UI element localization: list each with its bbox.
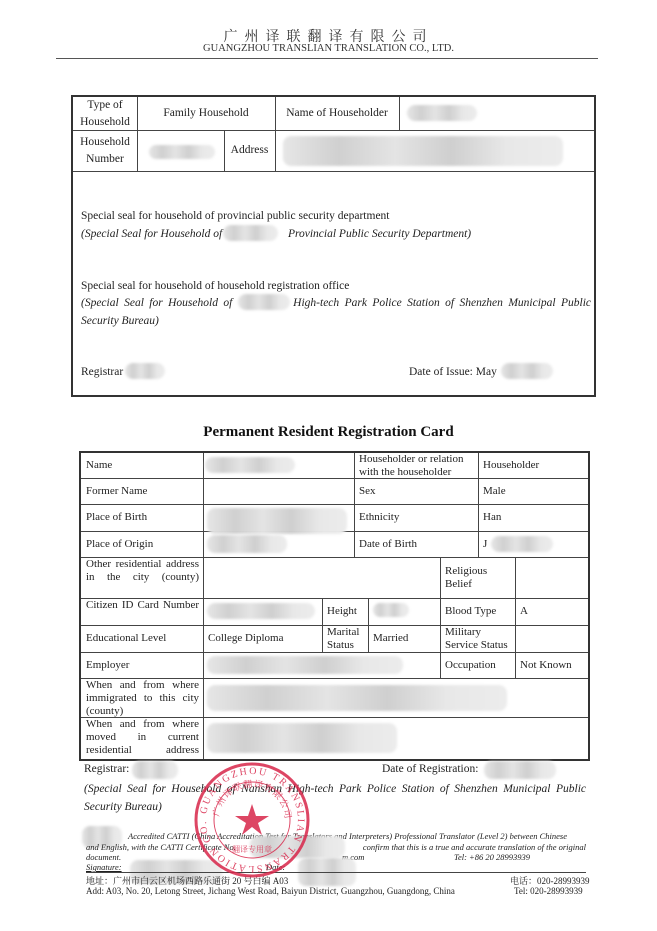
date-of-issue-label: Date of Issue: May: [409, 363, 497, 381]
provincial-seal-heading: Special seal for household of provincial…: [81, 207, 591, 225]
footer-phone-en: Tel: 020-28993939: [514, 886, 583, 896]
address-redacted: [283, 136, 563, 166]
id-card-redacted: [207, 603, 315, 619]
place-of-origin-redacted: [207, 535, 287, 553]
card-registrar-redacted: [132, 761, 178, 779]
svg-text:翻译专用章: 翻译专用章: [232, 844, 272, 854]
name-redacted: [205, 457, 295, 473]
company-name-en: GUANGZHOU TRANSLIAN TRANSLATION CO., LTD…: [0, 43, 657, 54]
other-address-label: Other residential address in the city (c…: [81, 557, 203, 598]
dob-redacted: [491, 536, 553, 552]
blood-type-value: A: [515, 598, 588, 625]
height-label: Height: [322, 598, 368, 625]
household-type-value: Family Household: [137, 97, 275, 130]
occupation-value: Not Known: [515, 652, 588, 678]
relation-label: Householder or relation with the househo…: [354, 453, 478, 478]
place-of-birth-redacted: [207, 508, 347, 534]
blood-type-label: Blood Type: [440, 598, 515, 625]
place-of-birth-label: Place of Birth: [81, 504, 203, 531]
moved-redacted: [207, 723, 397, 753]
office-seal-note: (Special Seal for Household of High-tech…: [81, 294, 591, 330]
date-of-registration-redacted: [484, 761, 556, 779]
divider: [399, 97, 400, 130]
household-register-section: Type of Household Family Household Name …: [71, 95, 596, 397]
former-name-label: Former Name: [81, 478, 203, 504]
employer-redacted: [207, 656, 403, 674]
immigrated-label: When and from where immigrated to this c…: [81, 678, 203, 717]
address-label: Address: [224, 130, 275, 171]
divider: [73, 130, 594, 131]
ethnicity-value: Han: [478, 504, 588, 531]
registrar-label: Registrar: [81, 363, 123, 381]
military-label: Military Service Status: [440, 625, 515, 652]
date-of-registration-label: Date of Registration:: [382, 763, 478, 775]
marital-value: Married: [368, 625, 440, 652]
card-registrar-label: Registrar:: [84, 763, 129, 775]
provincial-seal-note: (Special Seal for Household of Provincia…: [81, 225, 591, 243]
education-value: College Diploma: [203, 625, 322, 652]
household-number-redacted: [149, 145, 215, 159]
household-type-label: Type of Household: [73, 97, 137, 130]
translation-company-stamp: GUANGZHOU TRANSLIAN TRANSLATION CO. 广州译联…: [192, 760, 312, 880]
cert-tel: Tel: +86 20 28993939: [454, 852, 530, 863]
date-of-issue-redacted: [501, 363, 553, 379]
letterhead-divider: [56, 58, 598, 59]
card-title: Permanent Resident Registration Card: [0, 424, 657, 441]
household-number-label: Household Number: [73, 130, 137, 171]
occupation-label: Occupation: [440, 652, 515, 678]
registrar-redacted: [125, 363, 165, 379]
card-seal-note: (Special Seal for Household of Nanshan H…: [84, 780, 586, 816]
dob-label: Date of Birth: [354, 531, 478, 557]
marital-label: Marital Status: [322, 625, 368, 652]
height-redacted: [373, 603, 409, 617]
sex-value: Male: [478, 478, 588, 504]
employer-label: Employer: [81, 652, 203, 678]
footer-address-en: Add: A03, No. 20, Letong Street, Jichang…: [86, 886, 455, 896]
moved-label: When and from where moved in current res…: [81, 717, 203, 759]
province-redacted: [223, 225, 278, 241]
provincial-seal-pre: (Special Seal for Household of: [81, 228, 222, 240]
provincial-seal-post: Provincial Public Security Department): [288, 228, 471, 240]
education-label: Educational Level: [81, 625, 203, 652]
ethnicity-label: Ethnicity: [354, 504, 478, 531]
district-redacted: [238, 294, 290, 310]
former-name-value: [203, 478, 354, 504]
id-card-label: Citizen ID Card Number: [81, 598, 203, 625]
office-seal-pre: (Special Seal for Household of: [81, 297, 232, 309]
divider: [73, 171, 594, 172]
religious-label: Religious Belief: [440, 557, 515, 598]
immigrated-redacted: [207, 685, 507, 711]
householder-name-label: Name of Householder: [275, 97, 399, 130]
divider: [275, 130, 276, 171]
name-label: Name: [81, 453, 203, 478]
stamp-seal-icon: GUANGZHOU TRANSLIAN TRANSLATION CO. 广州译联…: [192, 760, 312, 880]
registration-card-table: Name Householder or relation with the ho…: [79, 451, 590, 761]
office-seal-heading: Special seal for household of household …: [81, 277, 591, 295]
military-value: [515, 625, 588, 652]
relation-value: Householder: [478, 453, 588, 478]
householder-name-redacted: [407, 105, 477, 121]
religious-value: [515, 557, 588, 598]
place-of-origin-label: Place of Origin: [81, 531, 203, 557]
footer-divider: [86, 872, 586, 873]
sex-label: Sex: [354, 478, 478, 504]
